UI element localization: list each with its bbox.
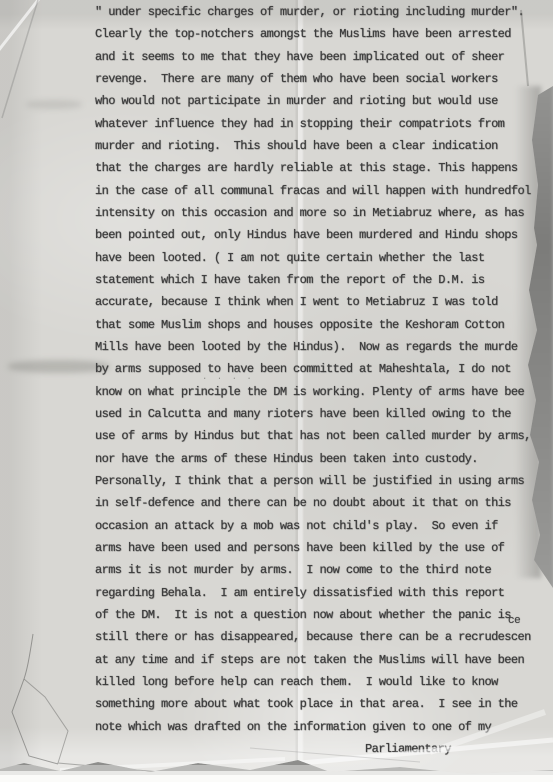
typewritten-text: " under specific charges of murder, or r… [95,1,545,760]
text-line: by arms supposed to have been committed … [95,358,545,380]
text-line: Personally, I think that a person will b… [95,470,545,492]
correction-dots: · · · · [202,374,254,384]
text-line: that some Muslim shops and houses opposi… [95,314,545,336]
text-line: arms have been used and persons have bee… [95,537,545,559]
text-line: statement which I have taken from the re… [95,269,545,291]
closing-word: Parliamentary [95,738,545,760]
text-line: still there or has disappeared, because … [95,626,545,648]
text-line: in the case of all communal fracas and w… [95,180,545,202]
text-line: arms it is not murder by arms. I now com… [95,559,545,581]
text-line: note which was drafted on the informatio… [95,716,545,738]
text-line: " under specific charges of murder, or r… [95,1,545,23]
text-line: murder and rioting. This should have bee… [95,135,545,157]
text-line: Mills have been looted by the Hindus). N… [95,336,545,358]
document-scan: " under specific charges of murder, or r… [0,0,553,782]
text-line: accurate, because I think when I went to… [95,291,545,313]
text-line: revenge. There are many of them who have… [95,68,545,90]
ink-bleed-smudge [26,100,82,109]
text-line: whatever influence they had in stopping … [95,113,545,135]
text-line: intensity on this occasion and more so i… [95,202,545,224]
superscript-correction: ce [508,615,520,627]
paper-sheet: " under specific charges of murder, or r… [0,0,553,782]
text-line: occasion an attack by a mob was not chil… [95,515,545,537]
text-line: have been looted. ( I am not quite certa… [95,247,545,269]
text-line: use of arms by Hindus but that has not b… [95,425,545,447]
text-line: who would not participate in murder and … [95,90,545,112]
text-line: Clearly the top-notchers amongst the Mus… [95,23,545,45]
text-line: been pointed out, only Hindus have been … [95,224,545,246]
text-line: regarding Behala. I am entirely dissatis… [95,582,545,604]
text-line: at any time and if steps are not taken t… [95,649,545,671]
text-line: of the DM. It is not a question now abou… [95,604,545,626]
text-line: know on what principle the DM is working… [95,381,545,403]
text-line: killed long before help can reach them. … [95,671,545,693]
text-line: used in Calcutta and many rioters have b… [95,403,545,425]
text-line: nor have the arms of these Hindus been t… [95,448,545,470]
text-line: something more about what took place in … [95,693,545,715]
text-line: that the charges are hardly reliable at … [95,157,545,179]
text-line: and it seems to me that they have been i… [95,46,545,68]
text-line: in self-defence and there can be no doub… [95,492,545,514]
